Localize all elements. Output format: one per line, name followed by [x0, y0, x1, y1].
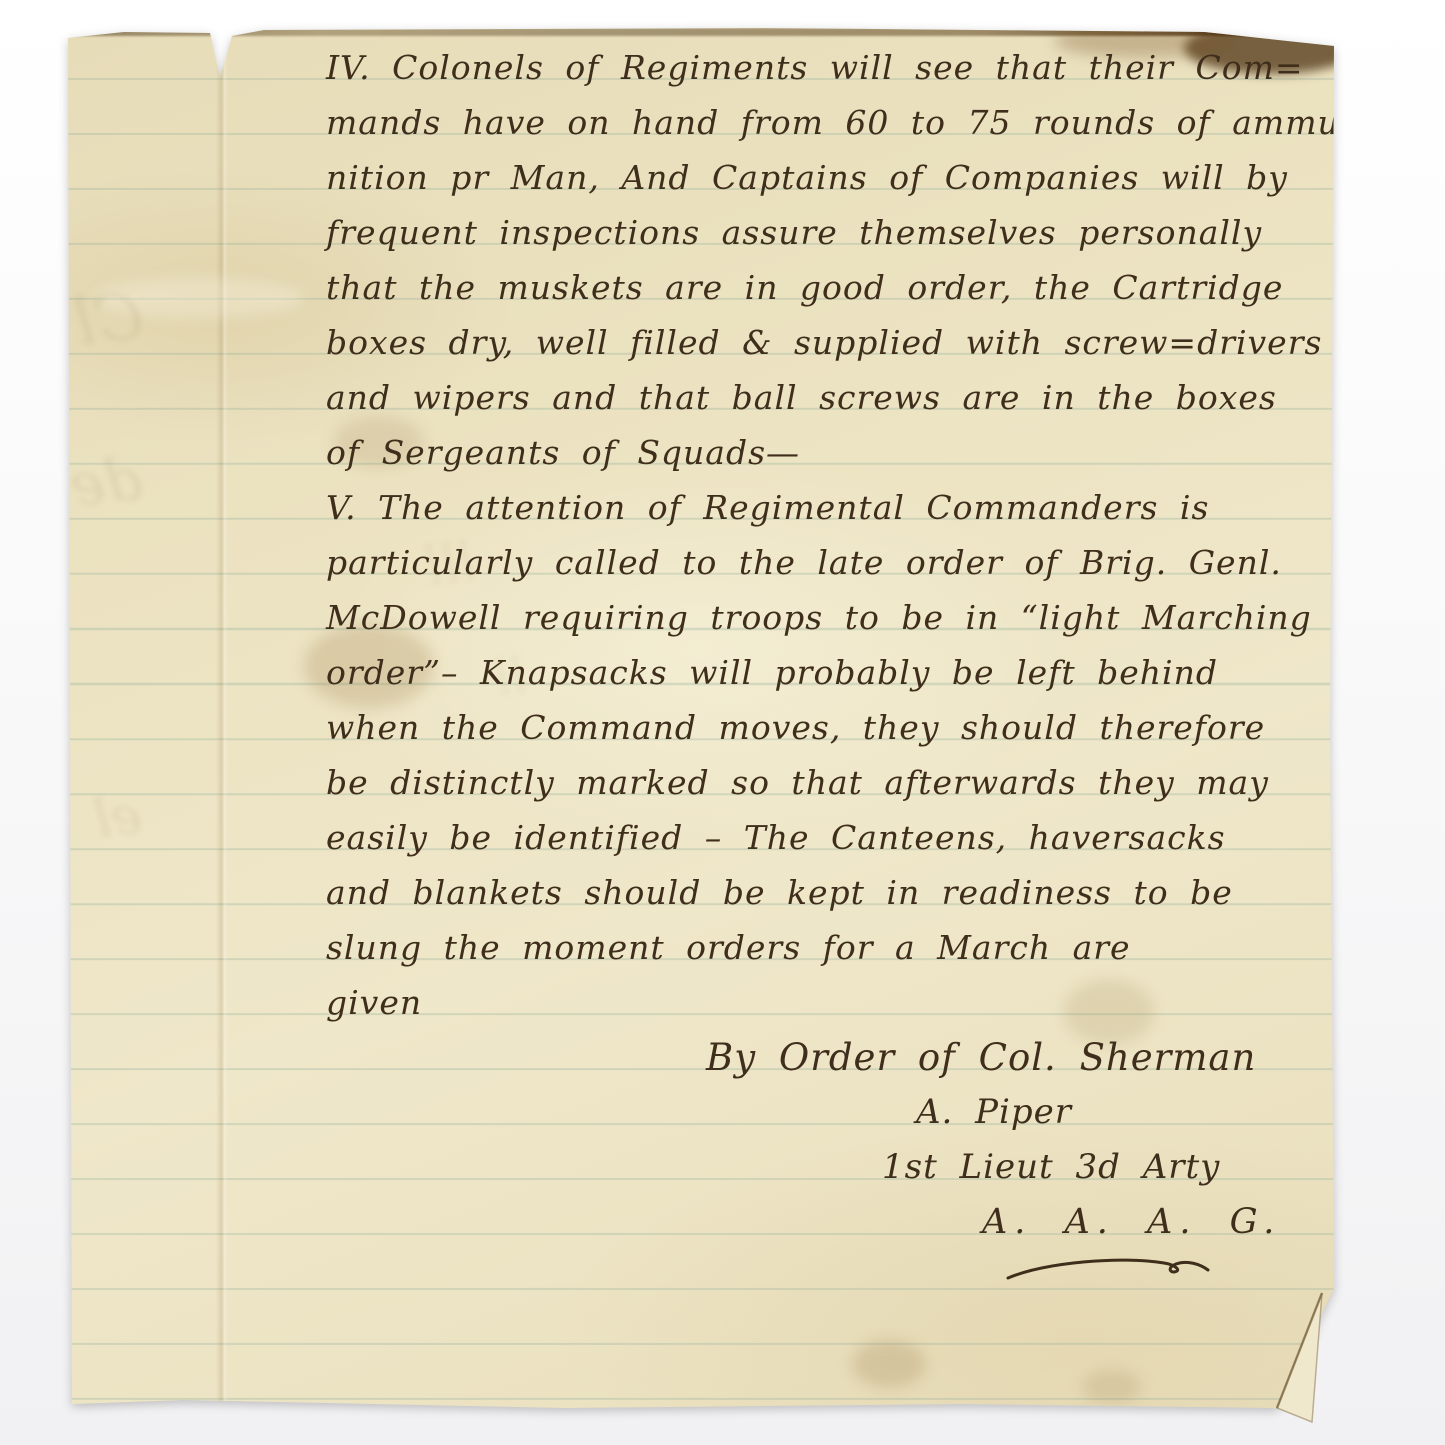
manuscript-line: frequent inspections assure themselves p…	[326, 205, 1322, 260]
manuscript-line: and blankets should be kept in readiness…	[326, 865, 1322, 920]
manuscript-line: and wipers and that ball screws are in t…	[326, 370, 1322, 425]
manuscript-line: McDowell requiring troops to be in “ligh…	[326, 590, 1322, 645]
manuscript-line: of Sergeants of Squads—	[326, 425, 1322, 480]
stain	[94, 278, 304, 318]
manuscript-line: slung the moment orders for a March are	[326, 920, 1322, 975]
closing-signature-line: A. Piper	[916, 1085, 1322, 1140]
manuscript-line: be distinctly marked so that afterwards …	[326, 755, 1322, 810]
paper-sheet: Cl de el lll ll IV. Colonels of Regiment…	[64, 28, 1334, 1410]
closing-rank-line: 1st Lieut 3d Arty	[882, 1140, 1322, 1195]
manuscript-line: V. The attention of Regimental Commander…	[326, 480, 1322, 535]
manuscript-text: IV. Colonels of Regiments will see that …	[326, 40, 1322, 1250]
scan-background: Cl de el lll ll IV. Colonels of Regiment…	[0, 0, 1445, 1445]
letter-paper: Cl de el lll ll IV. Colonels of Regiment…	[64, 28, 1334, 1410]
manuscript-line: boxes dry, well filled & supplied with s…	[326, 315, 1322, 370]
manuscript-line: given	[326, 975, 1322, 1030]
manuscript-line: IV. Colonels of Regiments will see that …	[326, 40, 1322, 95]
manuscript-line: mands have on hand from 60 to 75 rounds …	[326, 95, 1322, 150]
manuscript-line: when the Command moves, they should ther…	[326, 700, 1322, 755]
manuscript-line: nition pr Man, And Captains of Companies…	[326, 150, 1322, 205]
manuscript-line: that the muskets are in good order, the …	[326, 260, 1322, 315]
signature-flourish	[1004, 1252, 1214, 1288]
stain	[852, 1340, 926, 1388]
folded-corner	[1270, 1286, 1338, 1428]
fold-crease	[216, 28, 228, 1410]
closing-initials-line: A. A. A. G.	[982, 1195, 1322, 1250]
closing-by-order-line: By Order of Col. Sherman	[706, 1030, 1322, 1085]
manuscript-line: easily be identified – The Canteens, hav…	[326, 810, 1322, 865]
manuscript-line: order”– Knapsacks will probably be left …	[326, 645, 1322, 700]
manuscript-line: particularly called to the late order of…	[326, 535, 1322, 590]
stain	[1082, 1370, 1142, 1404]
